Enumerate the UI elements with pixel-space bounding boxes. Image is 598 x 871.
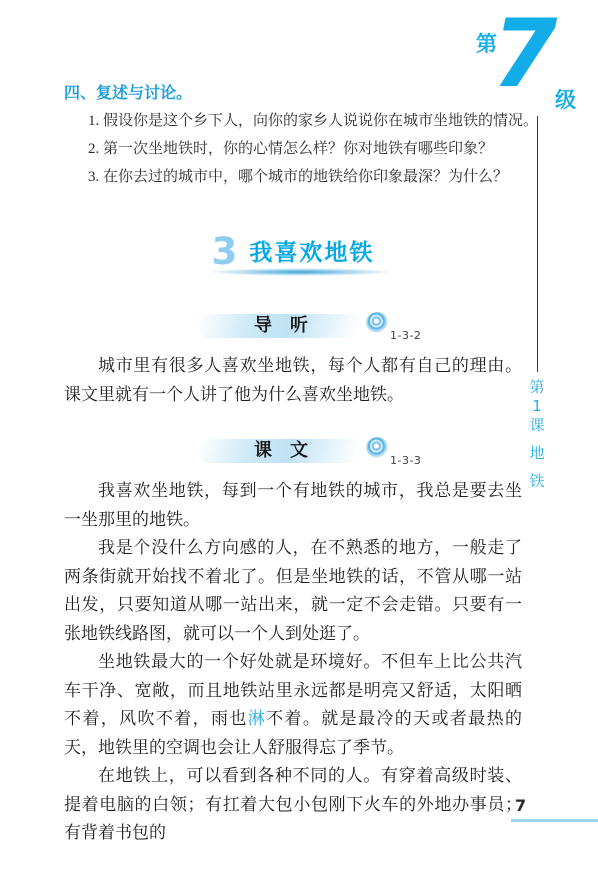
review-question-list: 1. 假设你是这个乡下人，向你的家乡人说说你在城市坐地铁的情况。 2. 第一次坐… <box>88 107 530 191</box>
paragraph: 坐地铁最大的一个好处就是环境好。不但车上比公共汽车干净、宽敞，而且地铁站里永远都… <box>64 648 522 762</box>
side-tab-char: 地 <box>527 446 547 461</box>
side-tab-char: 第 <box>527 380 547 395</box>
textbook-page: 第 7 级 第 1 课 地 铁 四、复述与讨论。 1. 假设你是这个乡下人，向你… <box>0 0 598 871</box>
kewen-section-bar: 课 文 <box>198 439 364 463</box>
lesson-number: 3 <box>212 230 238 273</box>
paragraph: 我是个没什么方向感的人，在不熟悉的地方，一般走了两条街就开始找不着北了。但是坐地… <box>64 534 522 648</box>
audio-disc-icon <box>363 434 390 459</box>
review-question: 3. 在你去过的城市中，哪个城市的地铁给你印象最深？为什么？ <box>88 163 530 191</box>
review-section-heading: 四、复述与讨论。 <box>64 80 192 103</box>
daoting-section-label: 导 听 <box>254 315 308 336</box>
page-number-underline <box>511 819 598 822</box>
kewen-section-label: 课 文 <box>254 440 308 461</box>
lesson-title-underline <box>208 268 392 276</box>
level-badge-suffix: 级 <box>555 84 576 114</box>
review-question: 1. 假设你是这个乡下人，向你的家乡人说说你在城市坐地铁的情况。 <box>88 107 530 135</box>
vertical-divider-line <box>537 116 538 372</box>
daoting-intro-paragraph: 城市里有很多人喜欢坐地铁，每个人都有自己的理由。课文里就有一个人讲了他为什么喜欢… <box>64 352 522 409</box>
kewen-audio-track-label: 1-3-3 <box>390 454 421 467</box>
side-tab-char: 1 <box>527 399 547 414</box>
kewen-body-text: 我喜欢坐地铁，每到一个有地铁的城市，我总是要去坐一坐那里的地铁。 我是个没什么方… <box>64 477 522 848</box>
side-tab-char: 铁 <box>527 474 547 489</box>
side-tab-char: 课 <box>527 418 547 433</box>
page-number: 7 <box>515 796 526 815</box>
daoting-section-bar: 导 听 <box>198 314 364 338</box>
daoting-audio-track-label: 1-3-2 <box>390 329 421 342</box>
lesson-side-tab: 第 1 课 地 铁 <box>527 380 547 493</box>
lesson-title: 3我喜欢地铁 <box>65 230 521 273</box>
level-badge-number: 7 <box>492 12 553 98</box>
vocab-highlight-word: 淋 <box>248 709 266 729</box>
review-question: 2. 第一次坐地铁时，你的心情怎么样？你对地铁有哪些印象？ <box>88 135 530 163</box>
lesson-title-text: 我喜欢地铁 <box>249 240 374 266</box>
paragraph: 在地铁上，可以看到各种不同的人。有穿着高级时装、提着电脑的白领；有扛着大包小包刚… <box>64 762 522 848</box>
audio-disc-icon <box>363 309 390 334</box>
paragraph: 城市里有很多人喜欢坐地铁，每个人都有自己的理由。课文里就有一个人讲了他为什么喜欢… <box>64 352 522 409</box>
paragraph: 我喜欢坐地铁，每到一个有地铁的城市，我总是要去坐一坐那里的地铁。 <box>64 477 522 534</box>
